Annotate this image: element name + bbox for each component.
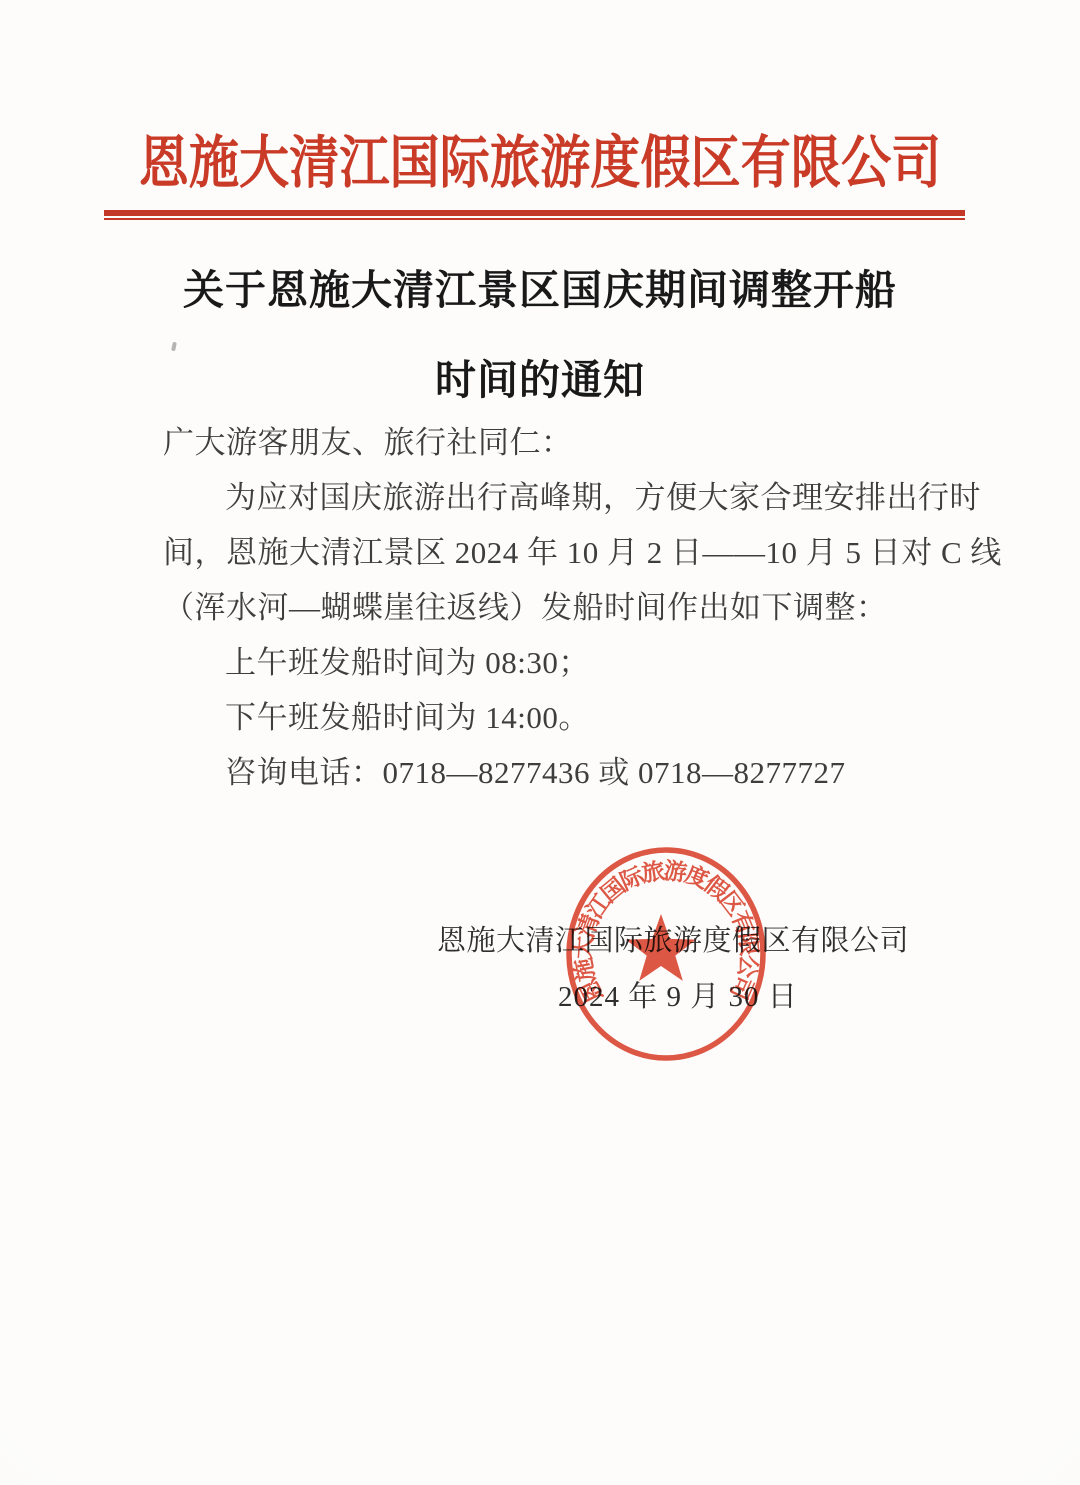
body-line: 广大游客朋友、旅行社同仁： [163,415,943,470]
body-line: 为应对国庆旅游出行高峰期，方便大家合理安排出行时 [163,470,943,525]
notice-body: 广大游客朋友、旅行社同仁： 为应对国庆旅游出行高峰期，方便大家合理安排出行时 间… [163,415,943,800]
document-title-line-2: 时间的通知 [0,347,1080,406]
letterhead-company-name: 恩施大清江国际旅游度假区有限公司 [65,128,1015,200]
body-line: 上午班发船时间为 08:30； [163,635,943,690]
body-line: 咨询电话：0718—8277436 或 0718—8277727 [163,745,943,800]
body-line: 间，恩施大清江景区 2024 年 10 月 2 日——10 月 5 日对 C 线 [163,525,943,580]
document-page: 恩施大清江国际旅游度假区有限公司 关于恩施大清江景区国庆期间调整开船 时间的通知… [0,0,1080,1485]
body-line: （浑水河—蝴蝶崖往返线）发船时间作出如下调整： [163,580,943,635]
company-seal: 恩施大清江国际旅游度假区有限公司 [556,844,776,1064]
document-title-line-1: 关于恩施大清江景区国庆期间调整开船 [0,257,1080,316]
body-line: 下午班发船时间为 14:00。 [163,690,943,745]
letterhead-divider [104,210,965,220]
star-icon [626,914,696,981]
